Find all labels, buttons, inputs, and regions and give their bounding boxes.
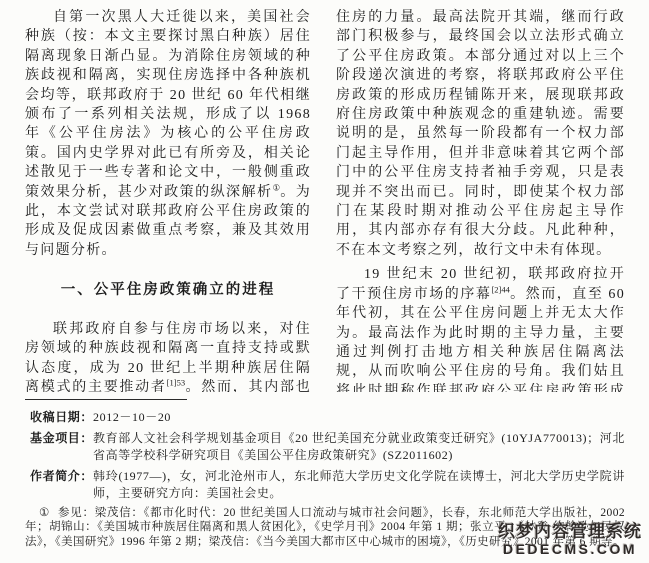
paragraph-history: 19 世纪末 20 世纪初，联邦政府拉开了干预住房市场的序幕[2]44。然而，直… <box>336 265 625 392</box>
paragraph-intro-text: 自第一次黑人大迁徙以来，美国社会种族（按：本文主要探讨黑白种族）居住隔离现象日渐… <box>25 10 311 200</box>
fund-project-row: 基金项目： 教育部人文社会科学规划基金项目《20 世纪美国充分就业政策变迁研究》… <box>30 430 625 465</box>
received-date-row: 收稿日期： 2012－10－20 <box>30 409 625 427</box>
fund-project-label: 基金项目： <box>30 430 93 465</box>
left-column: 自第一次黑人大迁徙以来，美国社会种族（按：本文主要探讨黑白种族）居住隔离现象日渐… <box>25 8 311 392</box>
citation-ref-1: [1]53 <box>167 377 185 387</box>
author-bio-label: 作者简介： <box>30 468 93 503</box>
fund-project-value: 教育部人文社会科学规划基金项目《20 世纪美国充分就业政策变迁研究》(10YJA… <box>93 430 625 465</box>
journal-page: 自第一次黑人大迁徙以来，美国社会种族（按：本文主要探讨黑白种族）居住隔离现象日渐… <box>0 0 649 563</box>
footnote-separator-rule <box>25 399 187 400</box>
dedecms-watermark: 织梦内容管理系统 DEDECMS.COM <box>498 523 642 558</box>
section-heading: 一、公平住房政策确立的进程 <box>25 281 311 300</box>
paragraph-continuation: 住房的力量。最高法院开其端，继而行政部门积极参与，最终国会以立法形式确立了公平住… <box>336 8 625 260</box>
author-bio-row: 作者简介： 韩玲(1977—)，女，河北沧州市人，东北师范大学历史文化学院在读博… <box>30 468 625 503</box>
right-column: 住房的力量。最高法院开其端，继而行政部门积极参与，最终国会以立法形式确立了公平住… <box>336 8 625 392</box>
received-date-value: 2012－10－20 <box>93 409 625 427</box>
watermark-chinese-text: 织梦内容管理系统 <box>498 523 642 541</box>
paragraph-history-text-cont: 。然而，直至 60 年代初，其在公平住房问题上并无太大作为。最高法作为此时期的主… <box>336 287 625 392</box>
article-body: 自第一次黑人大迁徙以来，美国社会种族（按：本文主要探讨黑白种族）居住隔离现象日渐… <box>25 8 625 392</box>
author-bio-value: 韩玲(1977—)，女，河北沧州市人，东北师范大学历史文化学院在读博士，河北大学… <box>93 468 625 503</box>
watermark-dedecms-text: DEDECMS.COM <box>498 541 642 558</box>
paragraph-intro: 自第一次黑人大迁徙以来，美国社会种族（按：本文主要探讨黑白种族）居住隔离现象日渐… <box>25 8 311 260</box>
citation-ref-2: [2]44 <box>491 284 509 294</box>
received-date-label: 收稿日期： <box>30 409 93 427</box>
paragraph-section1: 联邦政府自参与住房市场以来，对住房领域的种族歧视和隔离一直持支持或默认态度，成为… <box>25 320 311 392</box>
footnote-1-marker: ① <box>39 507 50 519</box>
